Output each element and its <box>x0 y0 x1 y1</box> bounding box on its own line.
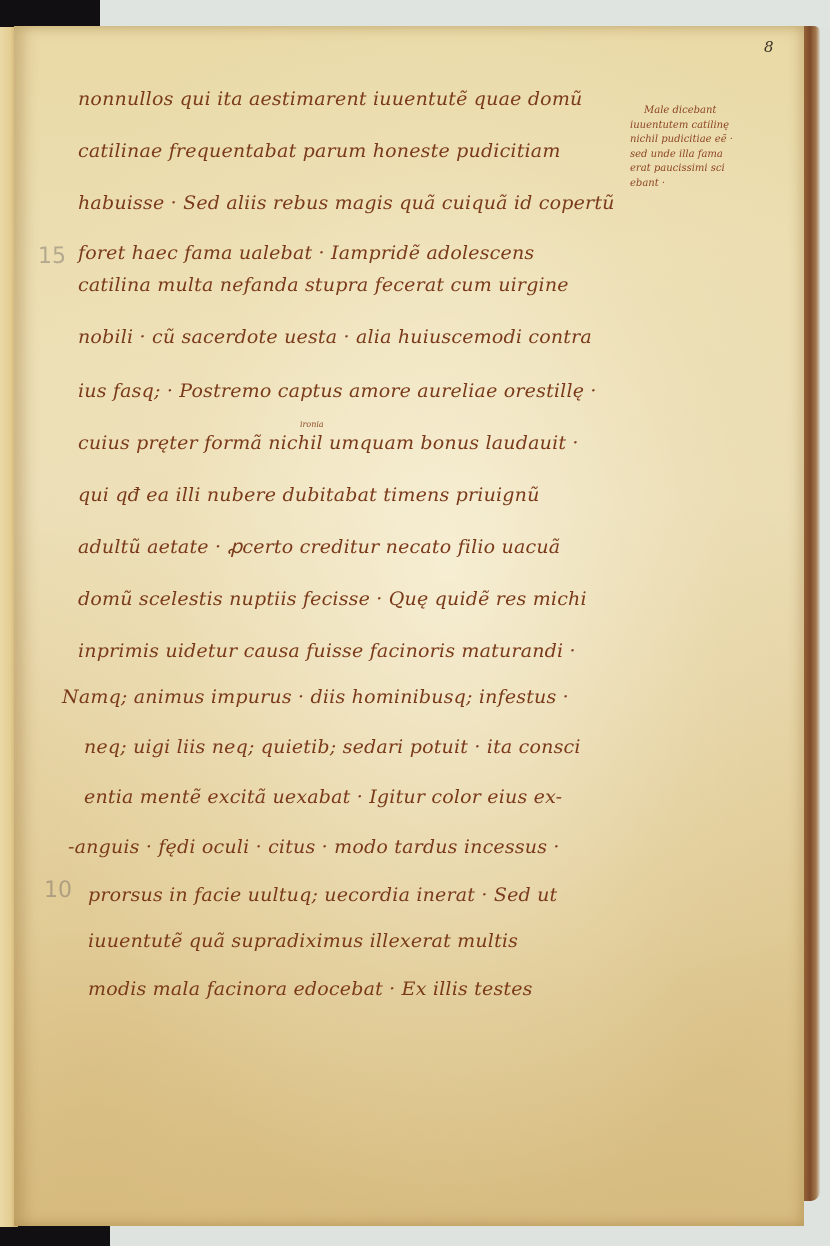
text-line: cuius pręter formã nichil umquam bonus l… <box>78 432 579 454</box>
text-line: modis mala facinora edocebat · Ex illis … <box>88 978 533 1000</box>
margin-line-number: 10 <box>44 878 72 903</box>
gloss-line: iuuentutem catilinę <box>630 119 780 134</box>
text-line: inprimis uidetur causa fuisse facinoris … <box>78 640 576 662</box>
text-line: habuisse · Sed aliis rebus magis quã cui… <box>78 192 615 214</box>
gloss-line: ebant · <box>630 177 780 192</box>
gloss-line: erat paucissimi sci <box>630 162 780 177</box>
text-line: catilina multa nefanda stupra fecerat cu… <box>78 274 569 296</box>
marginal-gloss: Male dicebant iuuentutem catilinę nichil… <box>630 104 780 191</box>
text-line: Namq; animus impurus · diis hominibusq; … <box>62 686 569 708</box>
gloss-line: Male dicebant <box>644 104 794 119</box>
text-line: nobili · cũ sacerdote uesta · alia huius… <box>78 326 592 348</box>
gloss-line: sed unde illa fama <box>630 148 780 163</box>
text-line: nonnullos qui ita aestimarent iuuentutẽ … <box>78 88 582 110</box>
text-line: foret haec fama ualebat · Iampridẽ adole… <box>78 242 534 264</box>
text-line: catilinae frequentabat parum honeste pud… <box>78 140 561 162</box>
gloss-line: nichil pudicitiae eẽ · <box>630 133 780 148</box>
text-line: prorsus in facie uultuq; uecordia inerat… <box>88 884 557 906</box>
text-line: qui qđ ea illi nubere dubitabat timens p… <box>78 484 540 506</box>
text-line: entia mentẽ excitã uexabat · Igitur colo… <box>84 786 562 808</box>
text-line: ius fasq; · Postremo captus amore aureli… <box>78 380 597 402</box>
background-dark-top <box>0 0 100 28</box>
text-line: -anguis · fędi oculi · citus · modo tard… <box>68 836 560 858</box>
interlinear-gloss: ironia <box>300 420 324 429</box>
margin-line-number: 15 <box>38 244 66 269</box>
text-line: neq; uigi liis neq; quietib; sedari potu… <box>84 736 581 758</box>
text-line: adultũ aetate · ꝓcerto creditur necato f… <box>78 536 560 558</box>
text-line: domũ scelestis nuptiis fecisse · Quę qui… <box>78 588 587 610</box>
background-light <box>100 0 830 27</box>
text-line: iuuentutẽ quã supradiximus illexerat mul… <box>88 930 518 952</box>
folio-number: 8 <box>764 38 774 56</box>
background-dark-bottom <box>0 1226 110 1246</box>
